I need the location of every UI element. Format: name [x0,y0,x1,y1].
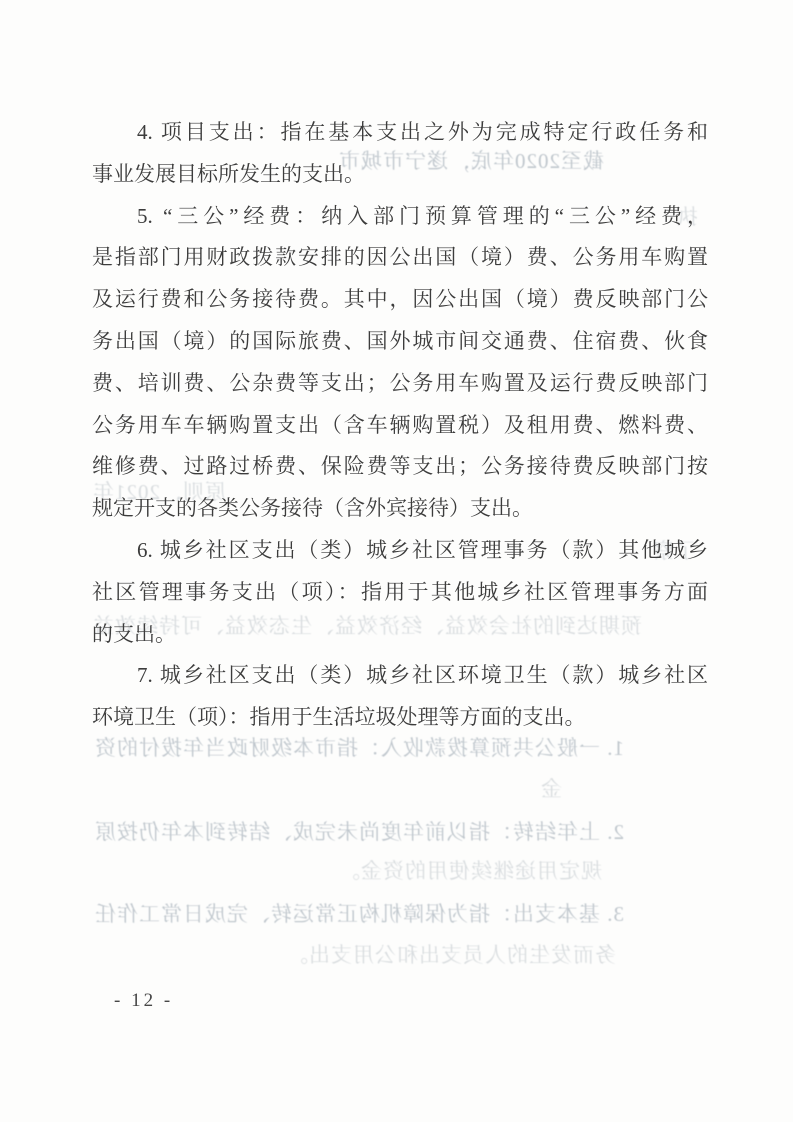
document-line: 规定开支的各类公务接待（含外宾接待）支出。 [92,488,708,530]
bleedthrough-line: 2. 上年结转：指以前年度尚未完成、结转到本年仍按原 [94,819,624,845]
bleedthrough-line: 规定用途继续使用的资金。 [338,858,602,884]
document-line: 社区管理事务支出（项）：指用于其他城乡社区管理事务方面 [92,572,708,614]
document-line: 4. 项目支出：指在基本支出之外为完成特定行政任务和 [92,112,708,154]
document-line: 5. “三公”经费：纳入部门预算管理的“三公”经费， [92,196,708,238]
document-line: 公务用车车辆购置支出（含车辆购置税）及租用费、燃料费、 [92,405,708,447]
document-line: 是指部门用财政拨款安排的因公出国（境）费、公务用车购置 [92,237,708,279]
bleedthrough-line: 金 [540,776,562,802]
document-line: 费、培训费、公杂费等支出；公务用车购置及运行费反映部门 [92,363,708,405]
document-line: 环境卫生（项）：指用于生活垃圾处理等方面的支出。 [92,697,708,739]
document-line: 务出国（境）的国际旅费、国外城市间交通费、住宿费、伙食 [92,321,708,363]
bleedthrough-line: 3. 基本支出：指为保障机构正常运转、完成日常工作任 [94,901,624,927]
document-line: 的支出。 [92,614,708,656]
bleedthrough-line: 务而发生的人员支出和公用支出。 [286,942,616,968]
document-body: 4. 项目支出：指在基本支出之外为完成特定行政任务和 事业发展目标所发生的支出。… [92,112,708,739]
document-line: 及运行费和公务接待费。其中，因公出国（境）费反映部门公 [92,279,708,321]
document-line: 6. 城乡社区支出（类）城乡社区管理事务（款）其他城乡 [92,530,708,572]
page-number: - 12 - [114,990,173,1012]
document-line: 事业发展目标所发生的支出。 [92,154,708,196]
document-line: 维修费、过路过桥费、保险费等支出；公务接待费反映部门按 [92,446,708,488]
document-line: 7. 城乡社区支出（类）城乡社区环境卫生（款）城乡社区 [92,655,708,697]
scanned-document-page: 截至2020年底，遂宁市城市 执 原则，2021年 了察 预期达到的社会效益、经… [0,0,793,1122]
